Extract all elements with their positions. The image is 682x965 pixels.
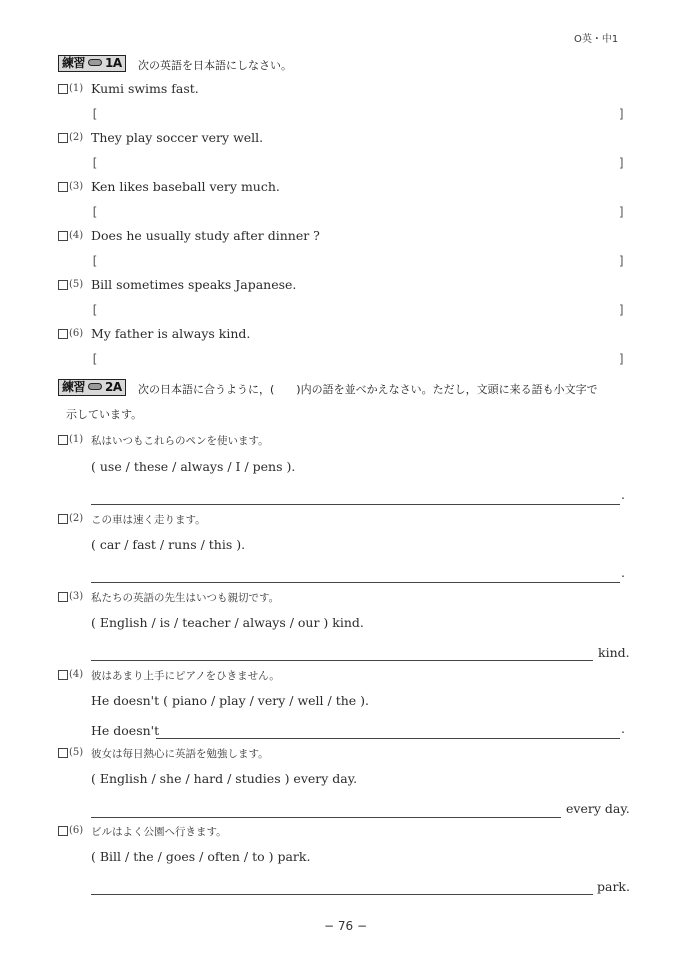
chain-link-icon [88,379,102,396]
question-number: (6) [58,328,83,339]
question-text: Kumi swims fast. [91,81,199,96]
answer-bracket-open: [ [91,107,98,121]
answer-bracket-open: [ [91,156,98,170]
answer-field[interactable] [100,108,615,124]
question-number: (5) [58,279,83,290]
question-text: Ken likes baseball very much. [91,179,280,194]
question-number: (3) [58,591,83,602]
checkbox-icon[interactable] [58,514,68,524]
word-choices: ( English / is / teacher / always / our … [91,615,364,630]
checkbox-icon[interactable] [58,182,68,192]
checkbox-icon[interactable] [58,592,68,602]
japanese-sentence: 私はいつもこれらのペンを使います。 [91,433,269,448]
checkbox-icon[interactable] [58,435,68,445]
badge-label: 練習 [58,55,88,72]
answer-line[interactable] [91,817,561,818]
answer-bracket-close: ] [618,156,625,170]
question-number: (6) [58,825,83,836]
japanese-sentence: ビルはよく公園へ行きます。 [91,824,227,839]
answer-bracket-open: [ [91,303,98,317]
checkbox-icon[interactable] [58,670,68,680]
page-number: − 76 − [324,919,367,933]
section2-instruction-line1: 次の日本語に合うように，( )内の語を並べかえなさい。ただし，文頭に来る語も小文… [138,381,598,397]
section1-instruction: 次の英語を日本語にしなさい。 [138,57,292,73]
badge-number: 2A [102,379,126,396]
checkbox-icon[interactable] [58,133,68,143]
section2-instruction-line2: 示しています。 [66,406,142,422]
question-text: Does he usually study after dinner ? [91,228,320,243]
answer-field[interactable] [100,157,615,173]
answer-bracket-close: ] [618,303,625,317]
japanese-sentence: この車は速く走ります。 [91,512,206,527]
answer-field[interactable] [100,206,615,222]
answer-bracket-open: [ [91,352,98,366]
chain-link-icon [88,55,102,72]
question-text: They play soccer very well. [91,130,263,145]
question-number: (4) [58,669,83,680]
answer-bracket-close: ] [618,254,625,268]
japanese-sentence: 彼女は毎日熱心に英語を勉強します。 [91,746,269,761]
answer-field[interactable] [100,255,615,271]
answer-bracket-open: [ [91,205,98,219]
checkbox-icon[interactable] [58,84,68,94]
japanese-sentence: 彼はあまり上手にピアノをひきません。 [91,668,280,683]
word-choices: ( use / these / always / I / pens ). [91,459,295,474]
answer-suffix: kind. [598,645,630,660]
question-number: (2) [58,513,83,524]
answer-field[interactable] [100,353,615,369]
word-choices: ( English / she / hard / studies ) every… [91,771,357,786]
section-badge-1a: 練習 1A [58,55,126,72]
question-number: (3) [58,181,83,192]
answer-prefix: He doesn't [91,723,159,738]
answer-suffix: . [621,487,625,502]
answer-field[interactable] [100,304,615,320]
checkbox-icon[interactable] [58,231,68,241]
word-choices: He doesn't ( piano / play / very / well … [91,693,369,708]
question-number: (4) [58,230,83,241]
answer-line[interactable] [156,738,620,739]
badge-number: 1A [102,55,126,72]
answer-bracket-close: ] [618,352,625,366]
answer-line[interactable] [91,504,620,505]
answer-bracket-close: ] [618,205,625,219]
page-header-code: O英・中1 [574,30,618,45]
answer-suffix: every day. [566,801,630,816]
answer-suffix: . [621,721,625,736]
answer-line[interactable] [91,660,593,661]
answer-suffix: park. [597,879,630,894]
checkbox-icon[interactable] [58,826,68,836]
answer-line[interactable] [91,894,593,895]
question-text: My father is always kind. [91,326,250,341]
checkbox-icon[interactable] [58,329,68,339]
japanese-sentence: 私たちの英語の先生はいつも親切です。 [91,590,279,605]
word-choices: ( car / fast / runs / this ). [91,537,245,552]
badge-label: 練習 [58,379,88,396]
checkbox-icon[interactable] [58,280,68,290]
question-number: (5) [58,747,83,758]
answer-suffix: . [621,565,625,580]
question-text: Bill sometimes speaks Japanese. [91,277,296,292]
word-choices: ( Bill / the / goes / often / to ) park. [91,849,310,864]
answer-bracket-close: ] [618,107,625,121]
question-number: (1) [58,83,83,94]
section-badge-2a: 練習 2A [58,379,126,396]
question-number: (1) [58,434,83,445]
checkbox-icon[interactable] [58,748,68,758]
answer-bracket-open: [ [91,254,98,268]
question-number: (2) [58,132,83,143]
answer-line[interactable] [91,582,620,583]
